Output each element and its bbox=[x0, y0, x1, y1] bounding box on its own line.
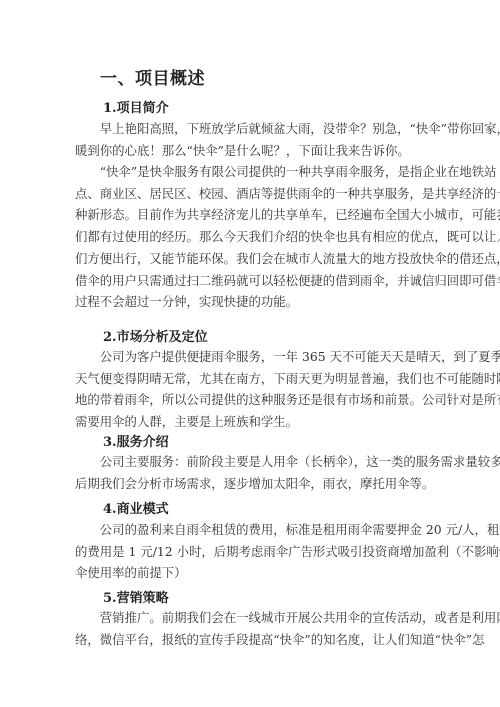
paragraph-intro-2: “快伞”是快伞服务有限公司提供的一种共享雨伞服务，是指企业在地铁站 点、商业区、… bbox=[75, 161, 427, 313]
text-line: 暖到你的心底！那么“快伞”是什么呢？，下面让我来告诉你。 bbox=[75, 140, 427, 162]
text-line: 天气便变得阴晴无常，尤其在南方，下雨天更为明显普遍，我们也不可能随时随 bbox=[75, 368, 427, 390]
text-line: 的费用是 1 元/12 小时，后期考虑雨伞广告形式吸引投资商增加盈利（不影响快 bbox=[75, 541, 427, 563]
text-line: 借伞的用户只需通过扫二维码就可以轻松便捷的借到雨伞，并诚信归回即可借伞 bbox=[75, 270, 427, 292]
paragraph-intro-1: 早上艳阳高照，下班放学后就倾盆大雨，没带伞？别急，“快伞”带你回家， 暖到你的心… bbox=[75, 118, 427, 161]
text-line: 们都有过使用的经历。那么今天我们介绍的快伞也具有相应的优点，既可以让人 bbox=[75, 226, 427, 248]
text-line: 早上艳阳高照，下班放学后就倾盆大雨，没带伞？别急，“快伞”带你回家， bbox=[75, 118, 427, 140]
heading-service-intro: 3.服务介绍 bbox=[103, 431, 169, 450]
text-line: 地的带着雨伞，所以公司提供的这种服务还是很有市场和前景。公司针对是所有 bbox=[75, 389, 427, 411]
text-line: 公司的盈利来自雨伞租赁的费用，标准是租用雨伞需要押金 20 元/人，租赁 bbox=[75, 519, 427, 541]
paragraph-business: 公司的盈利来自雨伞租赁的费用，标准是租用雨伞需要押金 20 元/人，租赁 的费用… bbox=[75, 519, 427, 584]
heading-project-intro: 1.项目简介 bbox=[103, 97, 169, 116]
heading-market-analysis: 2.市场分析及定位 bbox=[103, 326, 208, 345]
text-line: 过程不会超过一分钟，实现快捷的功能。 bbox=[75, 291, 427, 313]
text-line: 后期我们会分析市场需求，逐步增加太阳伞，雨衣，摩托用伞等。 bbox=[75, 473, 427, 495]
paragraph-market: 公司为客户提供便捷雨伞服务，一年 365 天不可能天天是晴天，到了夏季， 天气便… bbox=[75, 346, 427, 433]
text-line: 伞使用率的前提下） bbox=[75, 562, 427, 584]
text-line: 点、商业区、居民区、校园、酒店等提供雨伞的一种共享服务，是共享经济的一 bbox=[75, 183, 427, 205]
text-line: 种新形态。目前作为共享经济宠儿的共享单车，已经遍布全国大小城市，可能我 bbox=[75, 204, 427, 226]
text-line: 公司主要服务：前阶段主要是人用伞（长柄伞），这一类的服务需求量较多。 bbox=[75, 451, 427, 473]
heading-marketing-strategy: 5.营销策略 bbox=[103, 587, 169, 606]
text-line: 们方便出行，又能节能环保。我们会在城市人流量大的地方投放快伞的借还点， bbox=[75, 248, 427, 270]
heading-business-model: 4.商业模式 bbox=[103, 498, 169, 517]
text-line: 营销推广。前期我们会在一线城市开展公共用伞的宣传活动，或者是利用网 bbox=[75, 607, 427, 629]
text-line: 公司为客户提供便捷雨伞服务，一年 365 天不可能天天是晴天，到了夏季， bbox=[75, 346, 427, 368]
text-line: 络，微信平台，报纸的宣传手段提高“快伞”的知名度，让人们知道“快伞”怎 bbox=[75, 629, 427, 651]
section-title: 一、项目概述 bbox=[100, 64, 205, 89]
paragraph-service: 公司主要服务：前阶段主要是人用伞（长柄伞），这一类的服务需求量较多。 后期我们会… bbox=[75, 451, 427, 494]
text-line: 需要用伞的人群，主要是上班族和学生。 bbox=[75, 411, 427, 433]
paragraph-marketing: 营销推广。前期我们会在一线城市开展公共用伞的宣传活动，或者是利用网 络，微信平台… bbox=[75, 607, 427, 650]
document-page: 一、项目概述 1.项目简介 早上艳阳高照，下班放学后就倾盆大雨，没带伞？别急，“… bbox=[0, 0, 500, 707]
text-line: “快伞”是快伞服务有限公司提供的一种共享雨伞服务，是指企业在地铁站 bbox=[75, 161, 427, 183]
